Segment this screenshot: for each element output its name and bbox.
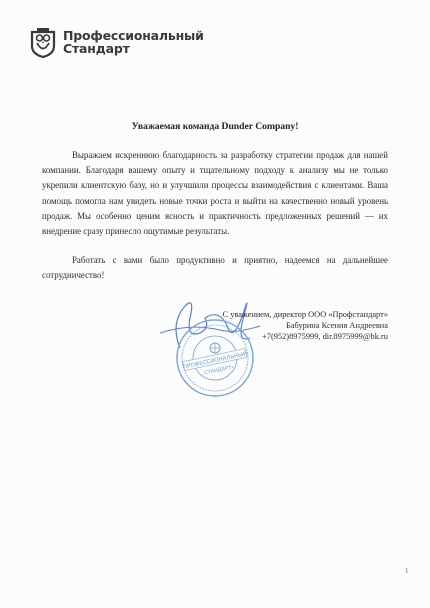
page-number: 1 [405,567,409,575]
letter-page: Профессиональный Стандарт Уважаемая кома… [0,0,430,608]
signature-regards: С уважением, директор ООО «Профстандарт» [223,309,388,320]
logo-line-2: Стандарт [63,42,204,55]
signature-block: С уважением, директор ООО «Профстандарт»… [223,309,388,342]
company-logo: Профессиональный Стандарт [30,26,204,58]
letter-body: Выражаем искреннюю благодарность за разр… [42,148,388,284]
signatory-name: Бабурина Ксения Андреевна [223,320,388,331]
owl-shield-icon [30,26,56,58]
signatory-contacts: +7(952)8975999, dir.8975999@bk.ru [223,331,388,342]
body-paragraph: Выражаем искреннюю благодарность за разр… [42,148,388,239]
letter-heading: Уважаемая команда Dunder Company! [0,121,430,132]
closing-paragraph: Работать с вами было продуктивно и прият… [42,253,388,283]
